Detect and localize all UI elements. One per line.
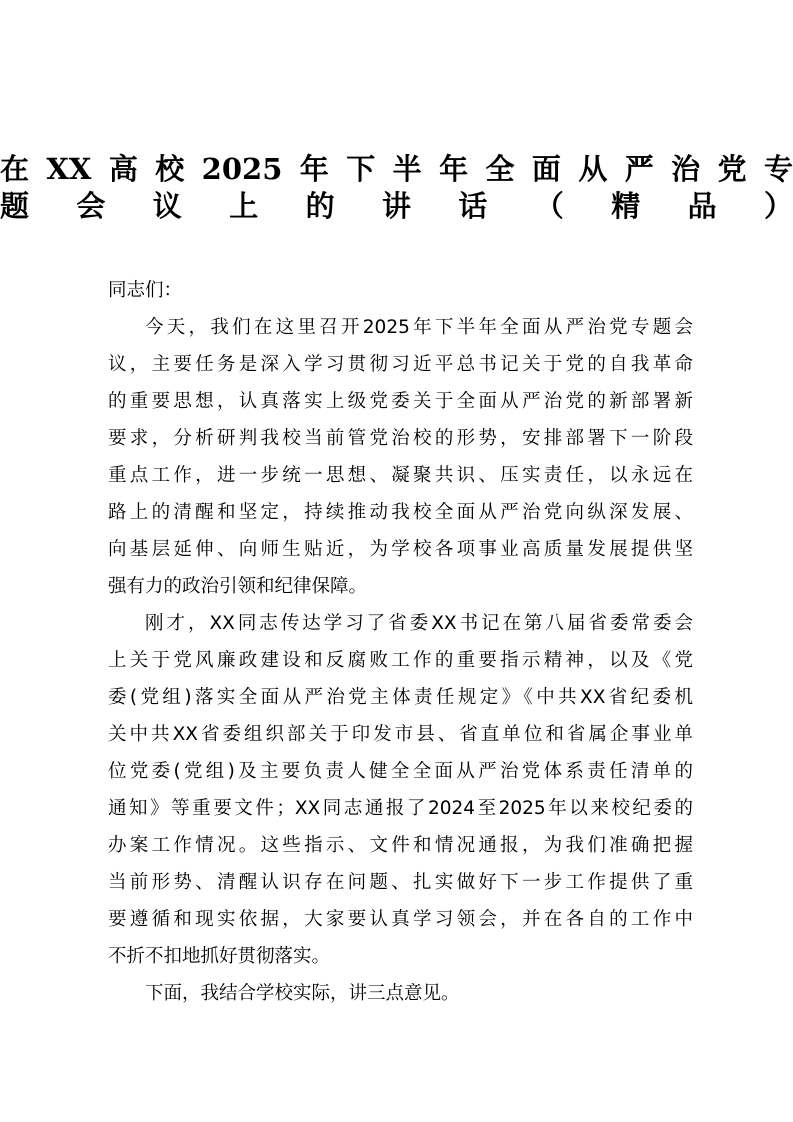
paragraph-line: 委(党组)落实全面从严治党主体责任规定》《中共XX省纪委机	[108, 679, 693, 716]
paragraph-line: 重点工作，进一步统一思想、凝聚共识、压实责任，以永远在	[108, 457, 693, 494]
paragraph-line: 今天，我们在这里召开2025年下半年全面从严治党专题会	[108, 309, 693, 346]
paragraph-line: 的重要思想，认真落实上级党委关于全面从严治党的新部署新	[108, 383, 693, 420]
paragraph-line: 不折不扣地抓好贯彻落实。	[108, 938, 693, 975]
paragraph-line: 当前形势、清醒认识存在问题、扎实做好下一步工作提供了重	[108, 864, 693, 901]
document-body: 同志们： 今天，我们在这里召开2025年下半年全面从严治党专题会 议，主要任务是…	[108, 272, 693, 1012]
paragraph-line: 关中共XX省委组织部关于印发市县、省直单位和省属企事业单	[108, 716, 693, 753]
paragraph-line: 强有力的政治引领和纪律保障。	[108, 568, 693, 605]
paragraph-line: 路上的清醒和坚定，持续推动我校全面从严治党向纵深发展、	[108, 494, 693, 531]
paragraph-line: 议，主要任务是深入学习贯彻习近平总书记关于党的自我革命	[108, 346, 693, 383]
paragraph-line: 向基层延伸、向师生贴近，为学校各项事业高质量发展提供坚	[108, 531, 693, 568]
paragraph-3: 下面，我结合学校实际，讲三点意见。	[108, 975, 693, 1012]
paragraph-1: 今天，我们在这里召开2025年下半年全面从严治党专题会 议，主要任务是深入学习贯…	[108, 309, 693, 605]
paragraph-2: 刚才，XX同志传达学习了省委XX书记在第八届省委常委会 上关于党风廉政建设和反腐…	[108, 605, 693, 975]
document-page: 在XX高校2025年下半年全面从严治党专 题会议上的讲话（精品） 同志们： 今天…	[0, 0, 793, 1122]
paragraph-line: 通知》等重要文件；XX同志通报了2024至2025年以来校纪委的	[108, 790, 693, 827]
document-title: 在XX高校2025年下半年全面从严治党专 题会议上的讲话（精品）	[0, 148, 793, 222]
paragraph-line: 上关于党风廉政建设和反腐败工作的重要指示精神，以及《党	[108, 642, 693, 679]
paragraph-line: 刚才，XX同志传达学习了省委XX书记在第八届省委常委会	[108, 605, 693, 642]
salutation: 同志们：	[108, 272, 693, 309]
title-line-1: 在XX高校2025年下半年全面从严治党专	[0, 148, 793, 185]
title-line-2: 题会议上的讲话（精品）	[0, 185, 793, 222]
paragraph-line: 位党委(党组)及主要负责人健全全面从严治党体系责任清单的	[108, 753, 693, 790]
paragraph-line: 要遵循和现实依据，大家要认真学习领会，并在各自的工作中	[108, 901, 693, 938]
paragraph-line: 下面，我结合学校实际，讲三点意见。	[108, 975, 693, 1012]
paragraph-line: 要求，分析研判我校当前管党治校的形势，安排部署下一阶段	[108, 420, 693, 457]
paragraph-line: 办案工作情况。这些指示、文件和情况通报，为我们准确把握	[108, 827, 693, 864]
